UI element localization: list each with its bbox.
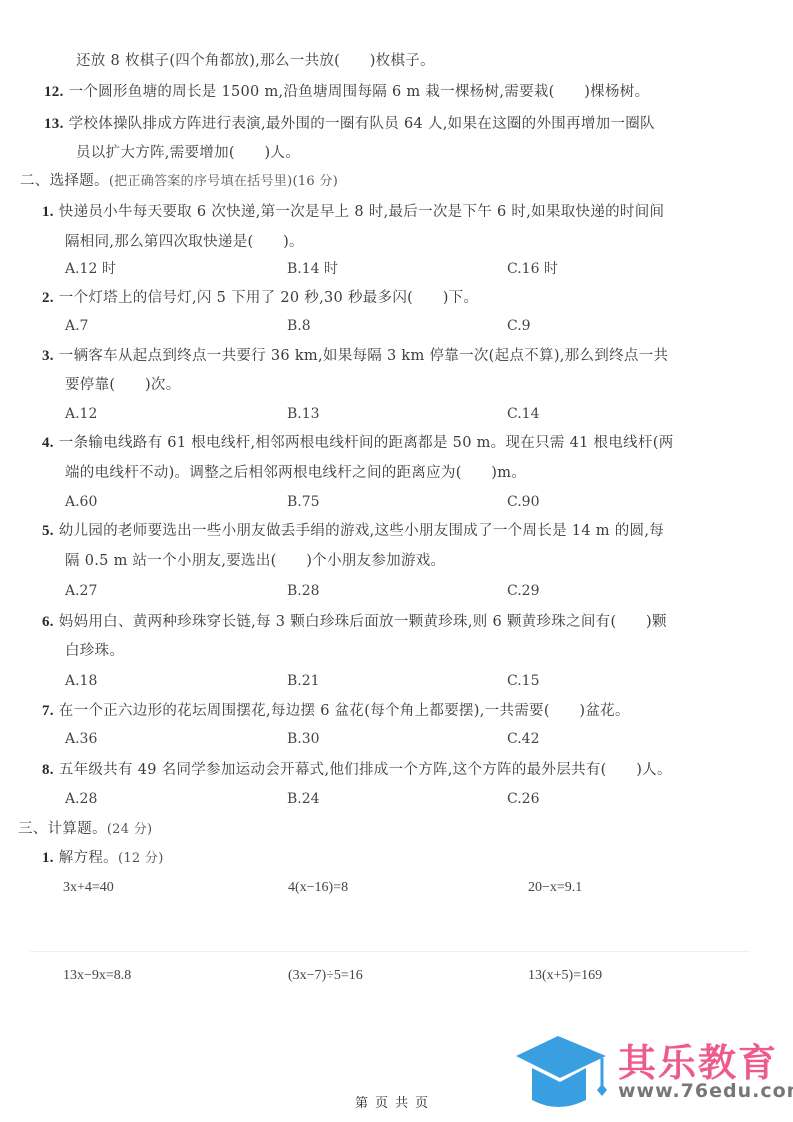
option-b: B.13 xyxy=(287,404,320,424)
section-note: (24 分) xyxy=(107,822,153,837)
mc-question-5: 5. 幼儿园的老师要选出一些小朋友做丢手绢的游戏,这些小朋友围成了一个周长是 1… xyxy=(42,521,664,541)
equation: 3x+4=40 xyxy=(63,878,114,898)
option-c: C.14 xyxy=(507,404,539,424)
equation: 20−x=9.1 xyxy=(528,878,582,898)
option-b: B.30 xyxy=(287,729,320,749)
question-text: 一个圆形鱼塘的周长是 1500 m,沿鱼塘周围每隔 6 m 栽一棵杨树,需要栽(… xyxy=(69,84,650,100)
equation: 4(x−16)=8 xyxy=(288,878,348,898)
mc-question-6-line2: 白珍珠。 xyxy=(65,641,124,661)
question-text: 学校体操队排成方阵进行表演,最外围的一圈有队员 64 人,如果在这圈的外围再增加… xyxy=(69,116,655,132)
section-2-heading: 二、选择题。(把正确答案的序号填在括号里)(16 分) xyxy=(20,171,338,192)
question-text: 一辆客车从起点到终点一共要行 36 km,如果每隔 3 km 停靠一次(起点不算… xyxy=(59,348,669,364)
watermark-url: www.76edu.com xyxy=(618,1080,793,1102)
option-b: B.8 xyxy=(287,316,311,336)
question-number: 8. xyxy=(42,762,54,778)
question-text: 幼儿园的老师要选出一些小朋友做丢手绢的游戏,这些小朋友围成了一个周长是 14 m… xyxy=(59,523,664,539)
option-c: C.15 xyxy=(507,671,539,691)
subsection-1-heading: 1. 解方程。(12 分) xyxy=(42,848,164,869)
mc-question-6: 6. 妈妈用白、黄两种珍珠穿长链,每 3 颗白珍珠后面放一颗黄珍珠,则 6 颗黄… xyxy=(42,612,667,632)
q11-tail: 还放 8 枚棋子(四个角都放),那么一共放( )枚棋子。 xyxy=(76,51,435,71)
option-b: B.28 xyxy=(287,581,320,601)
watermark-title: 其乐教育 xyxy=(618,1032,778,1087)
section-note: (把正确答案的序号填在括号里)(16 分) xyxy=(109,174,338,189)
question-text: 五年级共有 49 名同学参加运动会开幕式,他们排成一个方阵,这个方阵的最外层共有… xyxy=(59,762,672,778)
option-b: B.14 时 xyxy=(287,259,338,279)
option-b: B.21 xyxy=(287,671,320,691)
page-footer: 第页共页 xyxy=(355,1092,435,1111)
option-a: A.60 xyxy=(65,492,97,512)
option-b: B.75 xyxy=(287,492,320,512)
subsection-title: 解方程。 xyxy=(59,850,118,866)
question-number: 2. xyxy=(42,290,54,306)
question-number: 1. xyxy=(42,204,54,220)
mc-question-8: 8. 五年级共有 49 名同学参加运动会开幕式,他们排成一个方阵,这个方阵的最外… xyxy=(42,760,672,780)
mc-question-7: 7. 在一个正六边形的花坛周围摆花,每边摆 6 盆花(每个角上都要摆),一共需要… xyxy=(42,701,630,721)
option-a: A.7 xyxy=(65,316,88,336)
equation: 13x−9x=8.8 xyxy=(63,966,131,986)
watermark-logo: 其乐教育 www.76edu.com xyxy=(510,1030,793,1122)
section-title: 二、选择题。 xyxy=(20,173,109,189)
mc-question-4-line2: 端的电线杆不动)。调整之后相邻两根电线杆之间的距离应为( )m。 xyxy=(65,463,526,483)
option-a: A.27 xyxy=(65,581,97,601)
mc-question-2: 2. 一个灯塔上的信号灯,闪 5 下用了 20 秒,30 秒最多闪( )下。 xyxy=(42,288,478,308)
mc-question-1-line2: 隔相同,那么第四次取快递是( )。 xyxy=(65,232,304,252)
section-title: 三、计算题。 xyxy=(18,821,107,837)
question-text: 一个灯塔上的信号灯,闪 5 下用了 20 秒,30 秒最多闪( )下。 xyxy=(59,290,479,306)
question-text: 妈妈用白、黄两种珍珠穿长链,每 3 颗白珍珠后面放一颗黄珍珠,则 6 颗黄珍珠之… xyxy=(59,614,667,630)
question-13: 13. 学校体操队排成方阵进行表演,最外围的一圈有队员 64 人,如果在这圈的外… xyxy=(44,114,655,134)
option-a: A.12 xyxy=(65,404,97,424)
question-number: 6. xyxy=(42,614,54,630)
option-b: B.24 xyxy=(287,789,320,809)
question-number: 1. xyxy=(42,850,54,866)
option-c: C.9 xyxy=(507,316,531,336)
mc-question-3-line2: 要停靠( )次。 xyxy=(65,375,181,395)
mc-question-3: 3. 一辆客车从起点到终点一共要行 36 km,如果每隔 3 km 停靠一次(起… xyxy=(42,346,668,366)
equation: (3x−7)÷5=16 xyxy=(288,966,363,986)
question-number: 12. xyxy=(44,84,64,100)
option-c: C.42 xyxy=(507,729,539,749)
option-c: C.90 xyxy=(507,492,539,512)
question-text: 快递员小牛每天要取 6 次快递,第一次是早上 8 时,最后一次是下午 6 时,如… xyxy=(59,204,665,220)
divider xyxy=(30,951,750,952)
question-12: 12. 一个圆形鱼塘的周长是 1500 m,沿鱼塘周围每隔 6 m 栽一棵杨树,… xyxy=(44,82,649,102)
question-number: 7. xyxy=(42,703,54,719)
option-c: C.29 xyxy=(507,581,539,601)
mc-question-5-line2: 隔 0.5 m 站一个小朋友,要选出( )个小朋友参加游戏。 xyxy=(65,551,445,571)
option-a: A.36 xyxy=(65,729,97,749)
question-text: 一条输电线路有 61 根电线杆,相邻两根电线杆间的距离都是 50 m。现在只需 … xyxy=(59,435,674,451)
mc-question-1: 1. 快递员小牛每天要取 6 次快递,第一次是早上 8 时,最后一次是下午 6 … xyxy=(42,202,664,222)
graduation-cap-icon xyxy=(510,1034,610,1114)
option-c: C.26 xyxy=(507,789,539,809)
question-number: 4. xyxy=(42,435,54,451)
subsection-note: (12 分) xyxy=(118,851,164,866)
question-number: 13. xyxy=(44,116,64,132)
section-3-heading: 三、计算题。(24 分) xyxy=(18,819,152,840)
mc-question-4: 4. 一条输电线路有 61 根电线杆,相邻两根电线杆间的距离都是 50 m。现在… xyxy=(42,433,674,453)
option-a: A.12 时 xyxy=(65,259,116,279)
question-number: 5. xyxy=(42,523,54,539)
option-a: A.28 xyxy=(65,789,97,809)
equation: 13(x+5)=169 xyxy=(528,966,602,986)
question-text: 在一个正六边形的花坛周围摆花,每边摆 6 盆花(每个角上都要摆),一共需要( )… xyxy=(59,703,630,719)
question-number: 3. xyxy=(42,348,54,364)
option-a: A.18 xyxy=(65,671,97,691)
option-c: C.16 时 xyxy=(507,259,558,279)
question-13-line2: 员以扩大方阵,需要增加( )人。 xyxy=(76,143,300,163)
